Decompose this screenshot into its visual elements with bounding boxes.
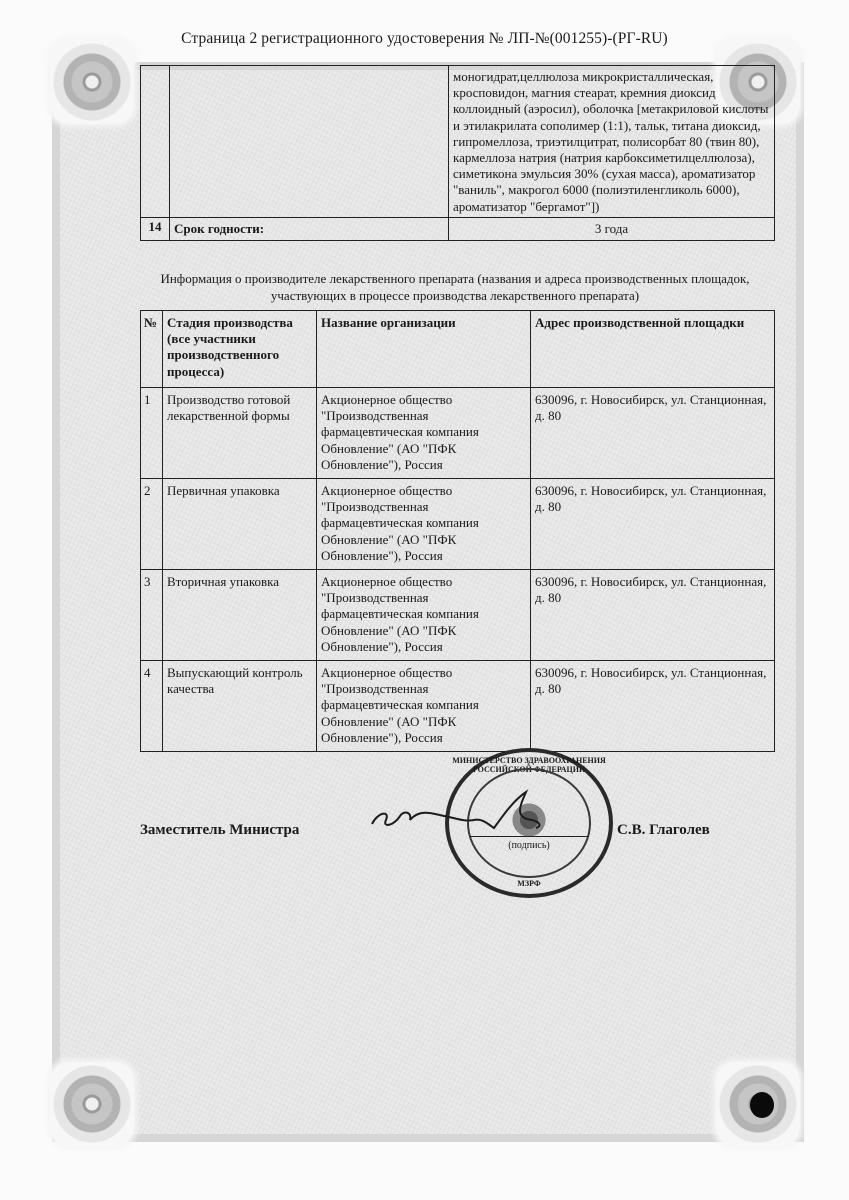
signatory-name: С.В. Глаголев [617, 822, 710, 839]
composition-table: моногидрат,целлюлоза микрокристаллическа… [140, 65, 775, 241]
seal-divider [469, 836, 589, 837]
organization-name: Акционерное общество "Производственная ф… [317, 388, 531, 479]
organization-name: Акционерное общество "Производственная ф… [317, 661, 531, 752]
column-header-number: № [141, 311, 163, 388]
handwritten-signature-icon [364, 786, 564, 836]
column-header-address: Адрес производственной площадки [531, 311, 775, 388]
production-stage: Вторичная упаковка [163, 570, 317, 661]
row-label-cell [170, 66, 449, 218]
seal-signature-label: (подпись) [449, 840, 609, 851]
organization-name: Акционерное общество "Производственная ф… [317, 479, 531, 570]
site-address: 630096, г. Новосибирск, ул. Станционная,… [531, 661, 775, 752]
row-number: 4 [141, 661, 163, 752]
page-header: Страница 2 регистрационного удостоверени… [0, 30, 849, 48]
site-address: 630096, г. Новосибирск, ул. Станционная,… [531, 570, 775, 661]
table-row: 1 Производство готовой лекарственной фор… [141, 388, 775, 479]
rosette-ornament-icon [50, 1062, 134, 1146]
table-row: 3 Вторичная упаковка Акционерное обществ… [141, 570, 775, 661]
table-row: 14 Срок годности: 3 года [141, 217, 775, 240]
manufacturer-section-title: Информация о производителе лекарственног… [130, 270, 780, 304]
table-row: моногидрат,целлюлоза микрокристаллическа… [141, 66, 775, 218]
organization-name: Акционерное общество "Производственная ф… [317, 570, 531, 661]
table-row: 2 Первичная упаковка Акционерное обществ… [141, 479, 775, 570]
production-stage: Первичная упаковка [163, 479, 317, 570]
row-number-cell [141, 66, 170, 218]
shelf-life-label: Срок годности: [170, 217, 449, 240]
column-header-organization: Название организации [317, 311, 531, 388]
production-stage: Выпускающий контроль качества [163, 661, 317, 752]
punch-hole-icon [750, 1092, 774, 1118]
manufacturer-table: № Стадия производства (все участники про… [140, 310, 775, 752]
site-address: 630096, г. Новосибирск, ул. Станционная,… [531, 388, 775, 479]
row-number: 1 [141, 388, 163, 479]
rosette-ornament-icon [50, 40, 134, 124]
column-header-stage: Стадия производства (все участники произ… [163, 311, 317, 388]
seal-bottom-text: МЗРФ [449, 879, 609, 888]
row-number: 2 [141, 479, 163, 570]
table-header-row: № Стадия производства (все участники про… [141, 311, 775, 388]
row-number: 3 [141, 570, 163, 661]
production-stage: Производство готовой лекарственной формы [163, 388, 317, 479]
site-address: 630096, г. Новосибирск, ул. Станционная,… [531, 479, 775, 570]
table-row: 4 Выпускающий контроль качества Акционер… [141, 661, 775, 752]
shelf-life-value: 3 года [449, 217, 775, 240]
row-number-cell: 14 [141, 217, 170, 240]
signatory-position: Заместитель Министра [140, 822, 299, 839]
composition-continuation: моногидрат,целлюлоза микрокристаллическа… [449, 66, 775, 218]
